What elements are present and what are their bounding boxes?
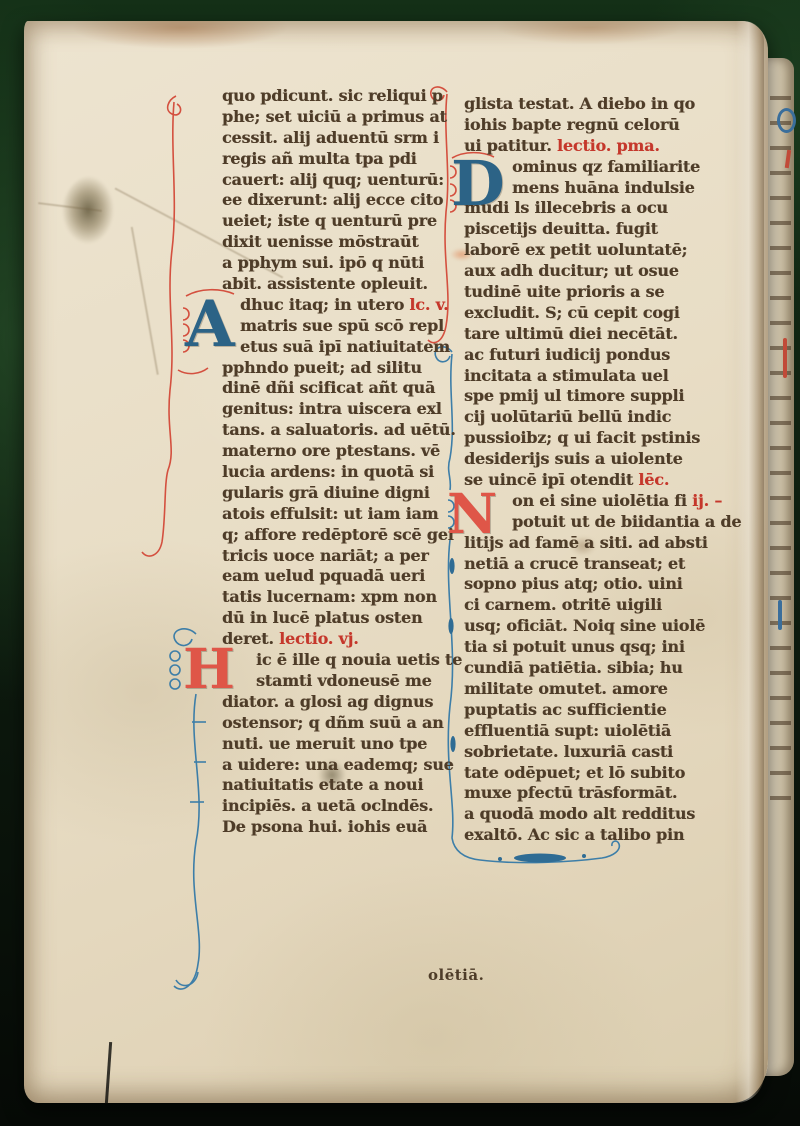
- rubric-red-text: lectio. vj.: [274, 629, 359, 648]
- text-run: cij uolūtariū bellū indic: [464, 407, 671, 426]
- text-line: lucia ardens: in quotā si: [222, 462, 474, 483]
- text-line: dhuc itaq; in utero lc. v.: [222, 295, 474, 316]
- text-line: incipiēs. a uetā oclndēs.: [222, 796, 474, 817]
- catchword: olētiā.: [428, 966, 484, 984]
- text-line: spe pmij ul timore suppli: [464, 386, 732, 407]
- text-run: cauert: alij quq; uenturū:: [222, 170, 444, 189]
- text-run: diator. a glosi ag dignus: [222, 692, 433, 711]
- text-run: puptatis ac sufficientie: [464, 700, 666, 719]
- text-line: litijs ad famē a siti. ad absti: [464, 533, 732, 554]
- text-run: laborē ex petit uoluntatē;: [464, 240, 687, 259]
- text-line: regis añ multa tpa pdi: [222, 149, 474, 170]
- text-run: mens huāna indulsie: [512, 178, 695, 197]
- decorated-initial-D: D: [451, 153, 505, 215]
- text-line: tricis uoce nariāt; a per: [222, 546, 474, 567]
- text-line: cauert: alij quq; uenturū:: [222, 170, 474, 191]
- text-run: incitata a stimulata uel: [464, 366, 668, 385]
- text-run: a uidere: una eademq; sue: [222, 755, 454, 774]
- adjacent-page-blue-initial: [777, 108, 796, 133]
- text-line: militate omutet. amore: [464, 679, 732, 700]
- text-run: ostensor; q dñm suū a an: [222, 713, 444, 732]
- text-line: ee dixerunt: alij ecce cito: [222, 190, 474, 211]
- text-line: etus suā ipī natiuitatem: [222, 337, 474, 358]
- text-line: atois effulsit: ut iam iam: [222, 504, 474, 525]
- text-line: tudinē uite prioris a se: [464, 282, 732, 303]
- text-line: puptatis ac sufficientie: [464, 700, 732, 721]
- text-run: ominus qz familiarite: [512, 157, 700, 176]
- text-line: pussioibz; q ui facit pstinis: [464, 428, 732, 449]
- text-line: cessit. alij aduentū srm i: [222, 128, 474, 149]
- text-line: desiderijs suis a uiolente: [464, 449, 732, 470]
- text-line: tare ultimū diei necētāt.: [464, 324, 732, 345]
- text-run: tate odēpuet; et lō subito: [464, 763, 685, 782]
- text-run: etus suā ipī natiuitatem: [240, 337, 450, 356]
- text-run: tudinē uite prioris a se: [464, 282, 664, 301]
- text-line: matris sue spū scō repl: [222, 316, 474, 337]
- text-run: ci carnem. otritē uigili: [464, 595, 662, 614]
- text-run: pphndo pueit; ad silitu: [222, 358, 422, 377]
- text-line: eam uelud pquadā ueri: [222, 566, 474, 587]
- text-line: materno ore ptestans. vē: [222, 441, 474, 462]
- text-run: q; affore redēptorē scē gei: [222, 525, 454, 544]
- text-run: cundiā patiētia. sibia; hu: [464, 658, 683, 677]
- text-line: quo pdicunt. sic reliqui p: [222, 86, 474, 107]
- text-line: diator. a glosi ag dignus: [222, 692, 474, 713]
- decorated-initial-N: N: [447, 486, 497, 541]
- text-run: effluentiā supt: uiolētiā: [464, 721, 671, 740]
- text-run: muxe pfectū trāsformāt.: [464, 783, 677, 802]
- text-line: ci carnem. otritē uigili: [464, 595, 732, 616]
- text-line: ueiet; iste q uenturū pre: [222, 211, 474, 232]
- text-run: De psona hui. iohis euā: [222, 817, 427, 836]
- adjacent-page-red-mark: [783, 338, 787, 378]
- text-run: aux adh ducitur; ut osue: [464, 261, 679, 280]
- text-run: tricis uoce nariāt; a per: [222, 546, 429, 565]
- text-line: gularis grā diuine digni: [222, 483, 474, 504]
- text-line: piscetijs deuitta. fugit: [464, 219, 732, 240]
- text-run: phe; set uiciū a primus at: [222, 107, 447, 126]
- text-line: tia si potuit unus qsq; ini: [464, 637, 732, 658]
- rubric-red-text: ij. –: [687, 491, 722, 510]
- text-run: pussioibz; q ui facit pstinis: [464, 428, 700, 447]
- text-run: usq; oficiāt. Noiq sine uiolē: [464, 616, 705, 635]
- text-line: ic ē ille q nouia uetis te: [222, 650, 474, 671]
- text-line: nuti. ue meruit uno tpe: [222, 734, 474, 755]
- text-line: muxe pfectū trāsformāt.: [464, 783, 732, 804]
- text-line: incitata a stimulata uel: [464, 366, 732, 387]
- text-line: sopno pius atq; otio. uini: [464, 574, 732, 595]
- text-run: tia si potuit unus qsq; ini: [464, 637, 685, 656]
- decorated-initial-A: A: [185, 293, 235, 357]
- text-run: cessit. alij aduentū srm i: [222, 128, 439, 147]
- text-run: iohis bapte regnū celorū: [464, 115, 680, 134]
- text-run: nuti. ue meruit uno tpe: [222, 734, 427, 753]
- text-line: ostensor; q dñm suū a an: [222, 713, 474, 734]
- text-line: aux adh ducitur; ut osue: [464, 261, 732, 282]
- text-run: potuit ut de biidantia a de: [512, 512, 741, 531]
- text-line: tate odēpuet; et lō subito: [464, 763, 732, 784]
- text-line: on ei sine uiolētia fi ij. –: [464, 491, 732, 512]
- text-line: usq; oficiāt. Noiq sine uiolē: [464, 616, 732, 637]
- text-run: sopno pius atq; otio. uini: [464, 574, 683, 593]
- text-line: a uidere: una eademq; sue: [222, 755, 474, 776]
- text-run: tans. a saluatoris. ad uētū.: [222, 420, 456, 439]
- text-line: De psona hui. iohis euā: [222, 817, 474, 838]
- text-line: se uincē ipī otendit lēc.: [464, 470, 732, 491]
- text-run: matris sue spū scō repl: [240, 316, 444, 335]
- text-line: effluentiā supt: uiolētiā: [464, 721, 732, 742]
- text-run: ac futuri iudicij pondus: [464, 345, 670, 364]
- text-line: netiā a crucē transeat; et: [464, 554, 732, 575]
- text-run: genitus: intra uiscera exl: [222, 399, 442, 418]
- text-run: dū in lucē platus osten: [222, 608, 422, 627]
- text-line: excludit. S; cū cepit cogi: [464, 303, 732, 324]
- text-run: dinē dñi scificat añt quā: [222, 378, 435, 397]
- text-line: glista testat. A diebo in qo: [464, 94, 732, 115]
- text-line: a pphym sui. ipō q nūti: [222, 253, 474, 274]
- text-run: a quodā modo alt redditus: [464, 804, 695, 823]
- text-line: a quodā modo alt redditus: [464, 804, 732, 825]
- text-line: stamti vdoneusē me: [222, 671, 474, 692]
- text-run: litijs ad famē a siti. ad absti: [464, 533, 708, 552]
- text-run: atois effulsit: ut iam iam: [222, 504, 438, 523]
- text-run: quo pdicunt. sic reliqui p: [222, 86, 443, 105]
- text-run: glista testat. A diebo in qo: [464, 94, 695, 113]
- adjacent-page-blue-mark: [778, 600, 782, 630]
- text-line: pphndo pueit; ad silitu: [222, 358, 474, 379]
- manuscript-photo: { "colors": { "backdrop_green": "#122414…: [0, 0, 800, 1126]
- text-run: stamti vdoneusē me: [256, 671, 432, 690]
- text-run: tare ultimū diei necētāt.: [464, 324, 678, 343]
- text-line: laborē ex petit uoluntatē;: [464, 240, 732, 261]
- text-run: lucia ardens: in quotā si: [222, 462, 434, 481]
- text-line: dū in lucē platus osten: [222, 608, 474, 629]
- text-run: ueiet; iste q uenturū pre: [222, 211, 437, 230]
- text-run: dhuc itaq; in utero: [240, 295, 404, 314]
- text-run: militate omutet. amore: [464, 679, 668, 698]
- text-run: on ei sine uiolētia fi: [512, 491, 687, 510]
- text-line: cij uolūtariū bellū indic: [464, 407, 732, 428]
- text-run: tatis lucernam: xpm non: [222, 587, 437, 606]
- text-run: excludit. S; cū cepit cogi: [464, 303, 680, 322]
- text-run: exaltō. Ac sic a talibo pin: [464, 825, 684, 844]
- text-line: tans. a saluatoris. ad uētū.: [222, 420, 474, 441]
- text-run: dixit uenisse mōstraūt: [222, 232, 419, 251]
- text-line: natiuitatis etate a noui: [222, 775, 474, 796]
- text-run: eam uelud pquadā ueri: [222, 566, 425, 585]
- text-run: gularis grā diuine digni: [222, 483, 430, 502]
- decorated-initial-H: H: [183, 641, 235, 696]
- text-line: deret. lectio. vj.: [222, 629, 474, 650]
- text-line: ac futuri iudicij pondus: [464, 345, 732, 366]
- text-line: cundiā patiētia. sibia; hu: [464, 658, 732, 679]
- text-line: sobrietate. luxuriā casti: [464, 742, 732, 763]
- text-run: natiuitatis etate a noui: [222, 775, 423, 794]
- text-line: dixit uenisse mōstraūt: [222, 232, 474, 253]
- text-run: sobrietate. luxuriā casti: [464, 742, 673, 761]
- text-run: spe pmij ul timore suppli: [464, 386, 684, 405]
- text-run: netiā a crucē transeat; et: [464, 554, 685, 573]
- text-run: incipiēs. a uetā oclndēs.: [222, 796, 433, 815]
- text-run: desiderijs suis a uiolente: [464, 449, 683, 468]
- text-line: dinē dñi scificat añt quā: [222, 378, 474, 399]
- text-line: exaltō. Ac sic a talibo pin: [464, 825, 732, 846]
- text-line: genitus: intra uiscera exl: [222, 399, 474, 420]
- text-line: tatis lucernam: xpm non: [222, 587, 474, 608]
- text-line: abit. assistente opleuit.: [222, 274, 474, 295]
- text-line: potuit ut de biidantia a de: [464, 512, 732, 533]
- text-line: q; affore redēptorē scē gei: [222, 525, 474, 546]
- rubric-red-text: lectio. pma.: [552, 136, 660, 155]
- text-run: abit. assistente opleuit.: [222, 274, 428, 293]
- text-run: materno ore ptestans. vē: [222, 441, 440, 460]
- adjacent-page-text-fragment: [770, 96, 791, 806]
- rubric-red-text: lēc.: [633, 470, 669, 489]
- text-run: ee dixerunt: alij ecce cito: [222, 190, 443, 209]
- text-run: piscetijs deuitta. fugit: [464, 219, 658, 238]
- text-run: a pphym sui. ipō q nūti: [222, 253, 424, 272]
- text-line: phe; set uiciū a primus at: [222, 107, 474, 128]
- rubric-red-text: lc. v.: [404, 295, 448, 314]
- text-run: ic ē ille q nouia uetis te: [256, 650, 462, 669]
- left-text-column: quo pdicunt. sic reliqui pphe; set uiciū…: [222, 86, 474, 838]
- text-run: regis añ multa tpa pdi: [222, 149, 417, 168]
- text-line: iohis bapte regnū celorū: [464, 115, 732, 136]
